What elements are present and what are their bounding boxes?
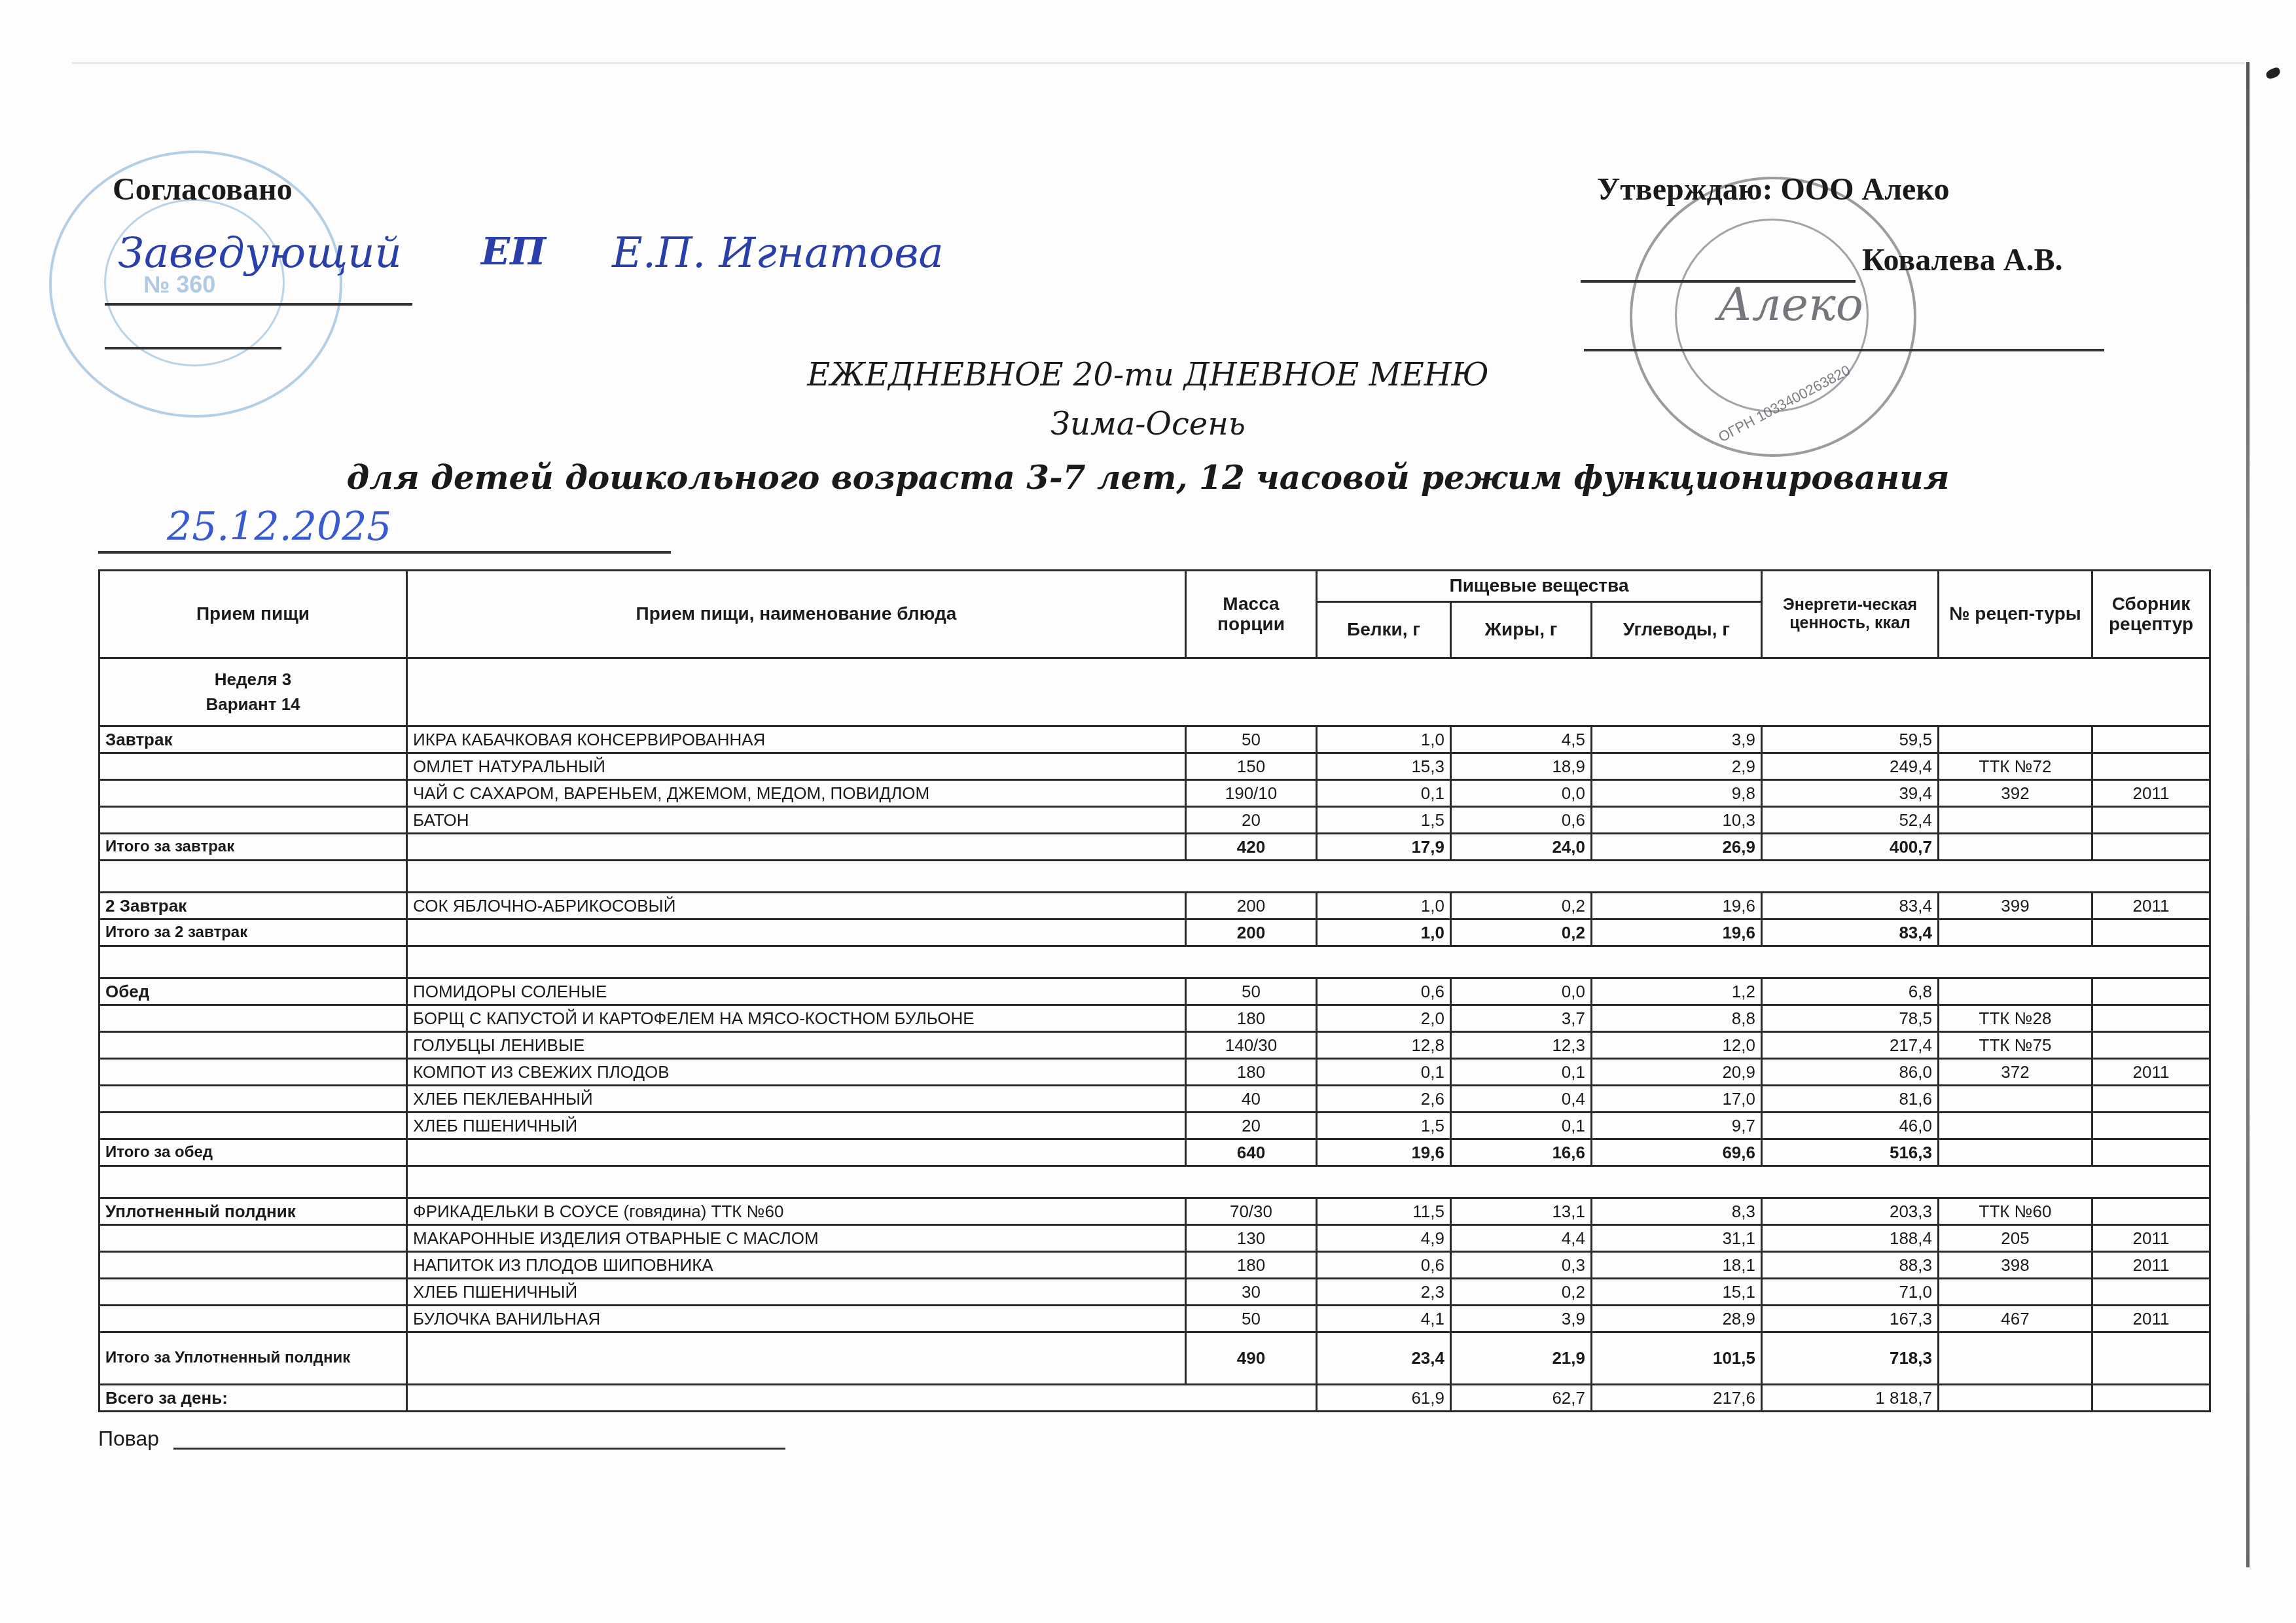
dish-name: МАКАРОННЫЕ ИЗДЕЛИЯ ОТВАРНЫЕ С МАСЛОМ [407,1225,1186,1252]
date-line [98,551,671,554]
total-energy: 516,3 [1762,1139,1939,1166]
signature-line-left [105,303,412,306]
name-handwritten: Е.П. Игнатова [612,229,944,277]
carbs-value: 3,9 [1592,726,1762,753]
recipe-number: 372 [1939,1059,2092,1086]
carbs-value: 20,9 [1592,1059,1762,1086]
day-total-carbs: 217,6 [1592,1385,1762,1412]
table-row: ХЛЕБ ПШЕНИЧНЫЙ201,50,19,746,0 [99,1113,2210,1139]
meal-name: 2 Завтрак [99,893,407,919]
dish-name: ИКРА КАБАЧКОВАЯ КОНСЕРВИРОВАННАЯ [407,726,1186,753]
dish-name: ХЛЕБ ПШЕНИЧНЫЙ [407,1113,1186,1139]
recipe-collection [2092,1113,2210,1139]
portion-mass: 130 [1186,1225,1317,1252]
recipe-collection [2092,726,2210,753]
energy-value: 81,6 [1762,1086,1939,1113]
energy-value: 59,5 [1762,726,1939,753]
protein-value: 0,1 [1317,780,1451,807]
header-energy: Энергети-ческая ценность, ккал [1762,571,1939,658]
dish-name: ФРИКАДЕЛЬКИ В СОУСЕ (говядина) ТТК №60 [407,1198,1186,1225]
cook-signature-line [173,1448,785,1450]
meal-empty [99,1252,407,1279]
fat-value: 0,2 [1451,1279,1592,1306]
blank-row [99,1166,2210,1198]
recipe-collection [2092,807,2210,834]
carbs-value: 8,8 [1592,1005,1762,1032]
header-meal: Прием пищи [99,571,407,658]
table-row: БАТОН201,50,610,352,4 [99,807,2210,834]
carbs-value: 15,1 [1592,1279,1762,1306]
section-total-row: Итого за обед64019,616,669,6516,3 [99,1139,2210,1166]
recipe-number [1939,1086,2092,1113]
energy-value: 188,4 [1762,1225,1939,1252]
energy-value: 203,3 [1762,1198,1939,1225]
blank-cell [99,946,407,978]
meal-empty [99,1306,407,1332]
dish-name: ОМЛЕТ НАТУРАЛЬНЫЙ [407,753,1186,780]
recipe-collection: 2011 [2092,1225,2210,1252]
meal-empty [99,780,407,807]
fat-value: 4,4 [1451,1225,1592,1252]
date-line-right [1584,349,2104,351]
recipe-collection [2092,1032,2210,1059]
recipe-collection: 2011 [2092,1252,2210,1279]
dish-name: ХЛЕБ ПЕКЛЕВАННЫЙ [407,1086,1186,1113]
total-carbs: 26,9 [1592,834,1762,861]
carbs-value: 31,1 [1592,1225,1762,1252]
energy-value: 6,8 [1762,978,1939,1005]
carbs-value: 28,9 [1592,1306,1762,1332]
portion-mass: 200 [1186,893,1317,919]
energy-value: 167,3 [1762,1306,1939,1332]
carbs-value: 12,0 [1592,1032,1762,1059]
meal-name: Обед [99,978,407,1005]
protein-value: 4,1 [1317,1306,1451,1332]
total-energy: 718,3 [1762,1332,1939,1385]
meal-name: Уплотненный полдник [99,1198,407,1225]
energy-value: 39,4 [1762,780,1939,807]
week-label: Неделя 3 [105,668,401,692]
total-mass: 200 [1186,919,1317,946]
header-recipe-no: № рецеп-туры [1939,571,2092,658]
carbs-value: 19,6 [1592,893,1762,919]
recipe-number [1939,978,2092,1005]
carbs-value: 8,3 [1592,1198,1762,1225]
recipe-collection [2092,1086,2210,1113]
day-total-label: Всего за день: [99,1385,407,1412]
total-fat: 24,0 [1451,834,1592,861]
day-total-fat: 62,7 [1451,1385,1592,1412]
protein-value: 1,5 [1317,1113,1451,1139]
protein-value: 0,6 [1317,978,1451,1005]
scan-top-edge [72,62,2245,64]
blank-span [407,861,2210,893]
protein-value: 12,8 [1317,1032,1451,1059]
blank-row [99,946,2210,978]
carbs-value: 17,0 [1592,1086,1762,1113]
table-row: 2 ЗавтракСОК ЯБЛОЧНО-АБРИКОСОВЫЙ2001,00,… [99,893,2210,919]
fat-value: 0,1 [1451,1059,1592,1086]
energy-value: 46,0 [1762,1113,1939,1139]
approver-name: Ковалева А.В. [1862,242,2062,278]
week-spacer [407,658,2210,726]
energy-value: 88,3 [1762,1252,1939,1279]
section-total-row: Итого за Уплотненный полдник49023,421,91… [99,1332,2210,1385]
protein-value: 4,9 [1317,1225,1451,1252]
total-recipe-empty [1939,919,2092,946]
menu-title: ЕЖЕДНЕВНОЕ 20-ти ДНЕВНОЕ МЕНЮ [0,357,2296,393]
fat-value: 0,1 [1451,1113,1592,1139]
header-nutrients: Пищевые вещества [1317,571,1762,602]
energy-value: 83,4 [1762,893,1939,919]
total-mass: 490 [1186,1332,1317,1385]
dish-name: ХЛЕБ ПШЕНИЧНЫЙ [407,1279,1186,1306]
total-label: Итого за 2 завтрак [99,919,407,946]
carbs-value: 1,2 [1592,978,1762,1005]
blank-span [407,1166,2210,1198]
day-total-energy: 1 818,7 [1762,1385,1939,1412]
fat-value: 13,1 [1451,1198,1592,1225]
table-row: НАПИТОК ИЗ ПЛОДОВ ШИПОВНИКА1800,60,318,1… [99,1252,2210,1279]
day-total-collection-empty [2092,1385,2210,1412]
total-protein: 1,0 [1317,919,1451,946]
dish-name: БУЛОЧКА ВАНИЛЬНАЯ [407,1306,1186,1332]
portion-mass: 20 [1186,1113,1317,1139]
total-dish-empty [407,1332,1186,1385]
fat-value: 12,3 [1451,1032,1592,1059]
portion-mass: 40 [1186,1086,1317,1113]
total-fat: 16,6 [1451,1139,1592,1166]
recipe-collection: 2011 [2092,1306,2210,1332]
recipe-number [1939,726,2092,753]
recipe-number: 205 [1939,1225,2092,1252]
recipe-number [1939,807,2092,834]
protein-value: 0,1 [1317,1059,1451,1086]
meal-empty [99,753,407,780]
fat-value: 0,0 [1451,780,1592,807]
fat-value: 3,9 [1451,1306,1592,1332]
recipe-number: ТТК №72 [1939,753,2092,780]
carbs-value: 2,9 [1592,753,1762,780]
menu-table: Прием пищи Прием пищи, наименование блюд… [98,569,2211,1412]
fat-value: 18,9 [1451,753,1592,780]
energy-value: 52,4 [1762,807,1939,834]
recipe-number: ТТК №75 [1939,1032,2092,1059]
table-row: ЗавтракИКРА КАБАЧКОВАЯ КОНСЕРВИРОВАННАЯ5… [99,726,2210,753]
recipe-number [1939,1279,2092,1306]
total-mass: 420 [1186,834,1317,861]
recipe-number [1939,1113,2092,1139]
recipe-number: 392 [1939,780,2092,807]
scan-right-edge [2246,62,2250,1567]
recipe-number: 398 [1939,1252,2092,1279]
energy-value: 217,4 [1762,1032,1939,1059]
dish-name: ГОЛУБЦЫ ЛЕНИВЫЕ [407,1032,1186,1059]
total-recipe-empty [1939,1139,2092,1166]
total-energy: 83,4 [1762,919,1939,946]
table-row: Уплотненный полдникФРИКАДЕЛЬКИ В СОУСЕ (… [99,1198,2210,1225]
meal-empty [99,1059,407,1086]
portion-mass: 50 [1186,1306,1317,1332]
section-total-row: Итого за 2 завтрак2001,00,219,683,4 [99,919,2210,946]
header-collection: Сборник рецептур [2092,571,2210,658]
portion-mass: 20 [1186,807,1317,834]
recipe-number: 399 [1939,893,2092,919]
recipe-collection: 2011 [2092,1059,2210,1086]
day-total-spacer [407,1385,1317,1412]
day-total-protein: 61,9 [1317,1385,1451,1412]
menu-subtitle: для детей дошкольного возраста 3-7 лет, … [0,458,2296,497]
table-row: ОМЛЕТ НАТУРАЛЬНЫЙ15015,318,92,9249,4ТТК … [99,753,2210,780]
position-handwritten: Заведующий [118,229,402,277]
recipe-number: ТТК №28 [1939,1005,2092,1032]
scan-speck [2265,67,2281,80]
approved-label: Согласовано [113,171,293,207]
energy-value: 86,0 [1762,1059,1939,1086]
protein-value: 2,0 [1317,1005,1451,1032]
recipe-collection [2092,753,2210,780]
protein-value: 15,3 [1317,753,1451,780]
dish-name: БАТОН [407,807,1186,834]
recipe-collection [2092,1005,2210,1032]
table-row: ЧАЙ С САХАРОМ, ВАРЕНЬЕМ, ДЖЕМОМ, МЕДОМ, … [99,780,2210,807]
meal-empty [99,1225,407,1252]
portion-mass: 190/10 [1186,780,1317,807]
meal-name: Завтрак [99,726,407,753]
table-row: ХЛЕБ ПШЕНИЧНЫЙ302,30,215,171,0 [99,1279,2210,1306]
menu-season: Зима-Осень [0,406,2296,442]
table-row: ОбедПОМИДОРЫ СОЛЕНЫЕ500,60,01,26,8 [99,978,2210,1005]
meal-empty [99,1005,407,1032]
recipe-number: 467 [1939,1306,2092,1332]
fat-value: 4,5 [1451,726,1592,753]
fat-value: 0,2 [1451,893,1592,919]
meal-empty [99,807,407,834]
portion-mass: 140/30 [1186,1032,1317,1059]
carbs-value: 18,1 [1592,1252,1762,1279]
fat-value: 3,7 [1451,1005,1592,1032]
table-row: МАКАРОННЫЕ ИЗДЕЛИЯ ОТВАРНЫЕ С МАСЛОМ1304… [99,1225,2210,1252]
total-recipe-empty [1939,1332,2092,1385]
header-protein: Белки, г [1317,602,1451,658]
blank-row [99,861,2210,893]
recipe-number: ТТК №60 [1939,1198,2092,1225]
total-fat: 0,2 [1451,919,1592,946]
protein-value: 1,0 [1317,726,1451,753]
week-variant-cell: Неделя 3 Вариант 14 [99,658,407,726]
portion-mass: 180 [1186,1059,1317,1086]
fat-value: 0,4 [1451,1086,1592,1113]
total-energy: 400,7 [1762,834,1939,861]
total-mass: 640 [1186,1139,1317,1166]
meal-empty [99,1032,407,1059]
protein-value: 2,6 [1317,1086,1451,1113]
variant-label: Вариант 14 [105,692,401,717]
blank-span [407,946,2210,978]
table-row: ГОЛУБЦЫ ЛЕНИВЫЕ140/3012,812,312,0217,4ТТ… [99,1032,2210,1059]
meal-empty [99,1113,407,1139]
day-total-recipe-empty [1939,1385,2092,1412]
meal-empty [99,1086,407,1113]
total-protein: 23,4 [1317,1332,1451,1385]
blank-cell [99,861,407,893]
protein-value: 1,5 [1317,807,1451,834]
total-label: Итого за Уплотненный полдник [99,1332,407,1385]
carbs-value: 9,8 [1592,780,1762,807]
dish-name: СОК ЯБЛОЧНО-АБРИКОСОВЫЙ [407,893,1186,919]
portion-mass: 50 [1186,978,1317,1005]
total-fat: 21,9 [1451,1332,1592,1385]
recipe-collection: 2011 [2092,780,2210,807]
energy-value: 78,5 [1762,1005,1939,1032]
date-line-left [105,347,281,349]
total-dish-empty [407,834,1186,861]
total-carbs: 101,5 [1592,1332,1762,1385]
section-total-row: Итого за завтрак42017,924,026,9400,7 [99,834,2210,861]
dish-name: НАПИТОК ИЗ ПЛОДОВ ШИПОВНИКА [407,1252,1186,1279]
protein-value: 2,3 [1317,1279,1451,1306]
signature-line-right [1581,280,1856,283]
fat-value: 0,6 [1451,807,1592,834]
blank-cell [99,1166,407,1198]
header-fat: Жиры, г [1451,602,1592,658]
total-carbs: 69,6 [1592,1139,1762,1166]
portion-mass: 180 [1186,1005,1317,1032]
dish-name: ЧАЙ С САХАРОМ, ВАРЕНЬЕМ, ДЖЕМОМ, МЕДОМ, … [407,780,1186,807]
protein-value: 1,0 [1317,893,1451,919]
total-label: Итого за завтрак [99,834,407,861]
signature-left: ЕП [481,229,546,274]
fat-value: 0,3 [1451,1252,1592,1279]
table-row: БУЛОЧКА ВАНИЛЬНАЯ504,13,928,9167,3467201… [99,1306,2210,1332]
energy-value: 71,0 [1762,1279,1939,1306]
protein-value: 11,5 [1317,1198,1451,1225]
stamp-company-name: Алеко [1717,277,1863,331]
cook-label: Повар [98,1427,159,1451]
day-total-row: Всего за день:61,962,7217,61 818,7 [99,1385,2210,1412]
recipe-collection [2092,1279,2210,1306]
fat-value: 0,0 [1451,978,1592,1005]
meal-empty [99,1279,407,1306]
protein-value: 0,6 [1317,1252,1451,1279]
approve-label: Утверждаю: ООО Алеко [1597,171,1949,207]
total-recipe-empty [1939,834,2092,861]
header-carbs: Углеводы, г [1592,602,1762,658]
recipe-collection [2092,978,2210,1005]
portion-mass: 50 [1186,726,1317,753]
total-dish-empty [407,919,1186,946]
portion-mass: 180 [1186,1252,1317,1279]
portion-mass: 150 [1186,753,1317,780]
date-handwritten: 25.12.2025 [167,504,392,550]
header-dish: Прием пищи, наименование блюда [407,571,1186,658]
dish-name: КОМПОТ ИЗ СВЕЖИХ ПЛОДОВ [407,1059,1186,1086]
energy-value: 249,4 [1762,753,1939,780]
recipe-collection: 2011 [2092,893,2210,919]
table-row: БОРЩ С КАПУСТОЙ И КАРТОФЕЛЕМ НА МЯСО-КОС… [99,1005,2210,1032]
portion-mass: 70/30 [1186,1198,1317,1225]
total-label: Итого за обед [99,1139,407,1166]
carbs-value: 9,7 [1592,1113,1762,1139]
portion-mass: 30 [1186,1279,1317,1306]
table-row: ХЛЕБ ПЕКЛЕВАННЫЙ402,60,417,081,6 [99,1086,2210,1113]
total-collection-empty [2092,1139,2210,1166]
table-row: КОМПОТ ИЗ СВЕЖИХ ПЛОДОВ1800,10,120,986,0… [99,1059,2210,1086]
recipe-collection [2092,1198,2210,1225]
total-carbs: 19,6 [1592,919,1762,946]
dish-name: БОРЩ С КАПУСТОЙ И КАРТОФЕЛЕМ НА МЯСО-КОС… [407,1005,1186,1032]
total-collection-empty [2092,1332,2210,1385]
dish-name: ПОМИДОРЫ СОЛЕНЫЕ [407,978,1186,1005]
carbs-value: 10,3 [1592,807,1762,834]
total-dish-empty [407,1139,1186,1166]
total-protein: 17,9 [1317,834,1451,861]
header-mass: Масса порции [1186,571,1317,658]
total-collection-empty [2092,834,2210,861]
total-collection-empty [2092,919,2210,946]
total-protein: 19,6 [1317,1139,1451,1166]
